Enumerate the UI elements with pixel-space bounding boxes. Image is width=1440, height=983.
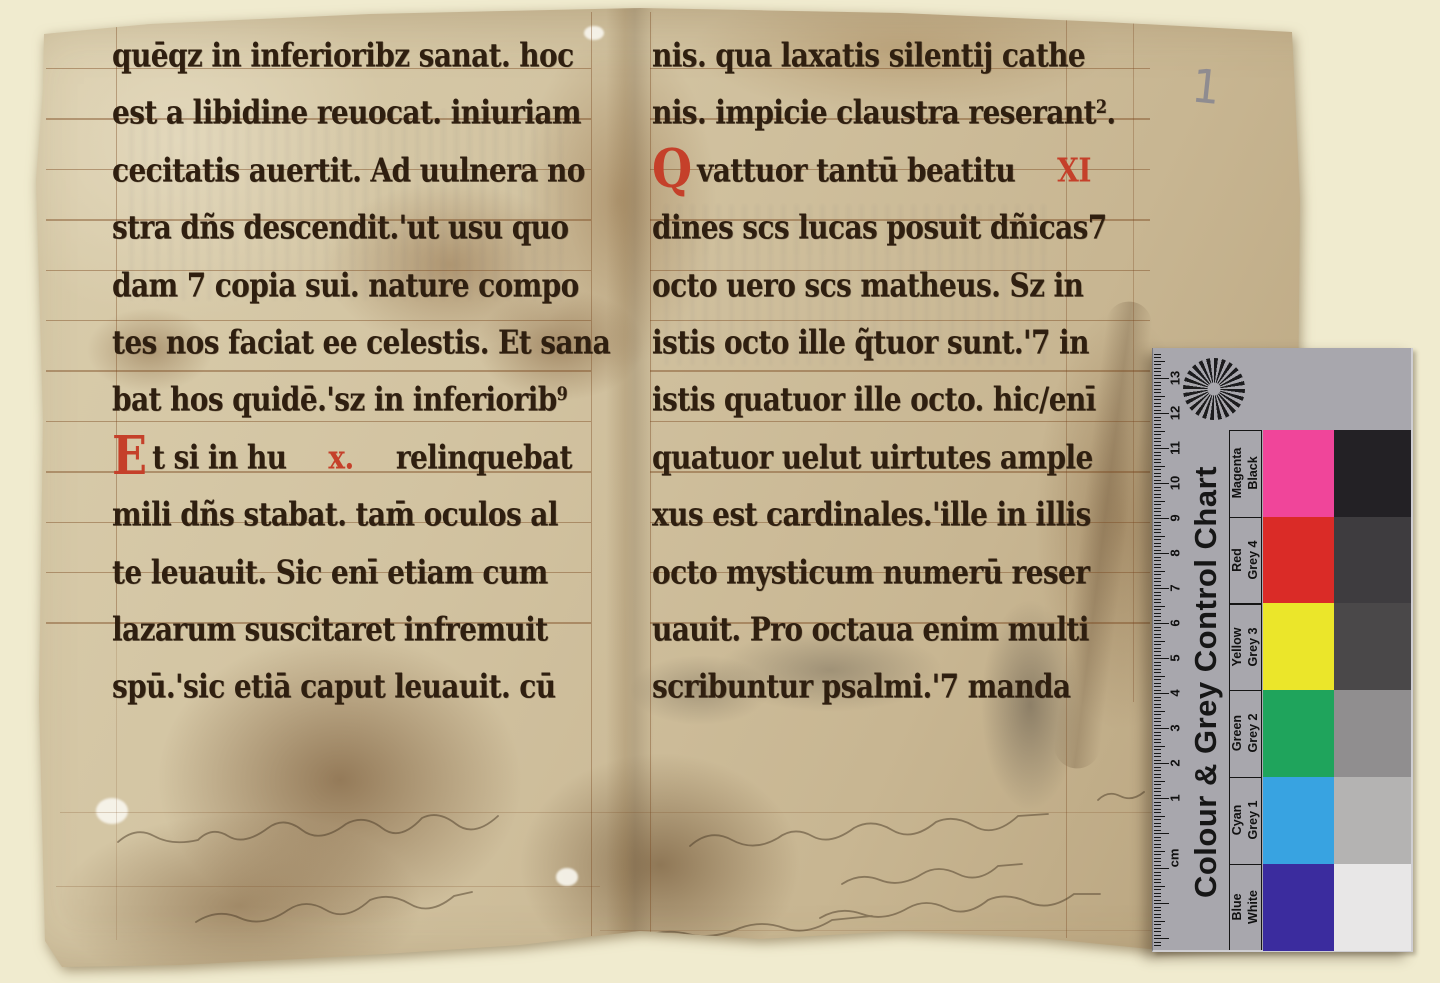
ruler-tick xyxy=(1154,434,1161,435)
ruler-tick xyxy=(1154,609,1161,610)
chart-rule xyxy=(1229,603,1261,604)
ruler-number: 8 xyxy=(1168,549,1183,556)
rubric-initial: E xyxy=(112,434,147,477)
patch-magenta xyxy=(1263,430,1334,517)
text-segment: spū.'sic etiā caput leuauit. cū xyxy=(112,668,555,706)
ruler-tick xyxy=(1154,592,1161,593)
ruler-tick xyxy=(1154,357,1161,358)
illegible-inscription xyxy=(820,894,1100,918)
ruler-tick xyxy=(1154,669,1161,670)
ruler-tick xyxy=(1154,508,1161,509)
ruler-tick xyxy=(1154,679,1161,680)
text-segment: relinquebat xyxy=(396,438,572,476)
grey-label: Grey 2 xyxy=(1246,714,1260,753)
text-segment: stra dñs descendit.'ut usu quo xyxy=(112,209,569,247)
ruler-tick xyxy=(1154,466,1165,467)
text-segment: 2 xyxy=(1096,96,1107,118)
grey-label: Black xyxy=(1246,457,1260,490)
ruler-tick xyxy=(1154,854,1161,855)
ruler-number: 6 xyxy=(1168,619,1183,626)
ruler-tick xyxy=(1154,942,1161,943)
ruler-tick xyxy=(1154,718,1161,719)
chart-rule xyxy=(1229,864,1261,865)
ruler-tick xyxy=(1154,928,1161,929)
ruler-tick xyxy=(1154,637,1161,638)
ruler-tick xyxy=(1154,896,1161,897)
ruler-tick xyxy=(1154,893,1161,894)
patch-grey-4 xyxy=(1334,517,1411,604)
ruler-tick xyxy=(1154,865,1161,866)
text-segment: uauit. Pro octaua enim multi xyxy=(652,611,1089,649)
ruler-tick xyxy=(1154,480,1161,481)
ruler-tick xyxy=(1154,777,1161,778)
ruler-number: 5 xyxy=(1168,654,1183,661)
patch-blue xyxy=(1263,864,1334,951)
ruler-tick xyxy=(1154,921,1165,922)
text-segment: dam 7 copia sui. nature compo xyxy=(112,266,579,304)
ruler-tick xyxy=(1154,875,1161,876)
text-segment: bat hos quidē.'sz in inferiorib xyxy=(112,381,557,419)
ruler-number: 9 xyxy=(1168,514,1183,521)
folio-number-pencil: 1 xyxy=(1189,59,1222,115)
ruler-tick xyxy=(1154,644,1161,645)
ruler-tick xyxy=(1154,599,1161,600)
chart-title: Colour & Grey Control Chart xyxy=(1188,402,1224,962)
ruler-tick xyxy=(1154,882,1161,883)
ruler-tick xyxy=(1154,889,1161,890)
ruler-tick xyxy=(1154,795,1161,796)
cm-unit-label: cm xyxy=(1167,849,1182,868)
ruler-tick xyxy=(1154,931,1161,932)
ruler-tick xyxy=(1154,459,1161,460)
ruler-tick xyxy=(1154,410,1161,411)
chart-rule xyxy=(1229,517,1261,518)
ruler-tick xyxy=(1154,431,1165,432)
text-segment: tes nos faciat ee celestis. Et sana xyxy=(112,324,610,362)
text-segment: est a libidine reuocat. iniuriam xyxy=(112,94,581,132)
ruler-tick xyxy=(1154,490,1161,491)
ruler-tick xyxy=(1154,532,1161,533)
text-segment: octo mysticum numerū reser xyxy=(652,553,1089,591)
right-text-column: nis. qua laxatis silentij cathenis. impi… xyxy=(652,24,1116,713)
damage-spot xyxy=(556,868,578,886)
ruler-tick xyxy=(1154,602,1161,603)
ruler-tick xyxy=(1154,375,1161,376)
ruler-tick xyxy=(1154,371,1161,372)
ruler-tick xyxy=(1154,403,1161,404)
ruler-tick xyxy=(1154,399,1161,400)
ruler-tick xyxy=(1154,455,1161,456)
ruler-tick xyxy=(1154,732,1161,733)
ruler-number: 11 xyxy=(1168,441,1183,455)
ruler-tick xyxy=(1154,427,1161,428)
illegible-inscription xyxy=(690,814,1048,846)
ruler-tick xyxy=(1154,641,1165,642)
color-label: Red xyxy=(1230,548,1244,572)
ruler-tick xyxy=(1154,368,1161,369)
ruler-tick xyxy=(1154,424,1161,425)
ruler-tick xyxy=(1154,704,1161,705)
grey-label: Grey 1 xyxy=(1246,801,1260,840)
ruler-tick xyxy=(1154,529,1161,530)
text-segment: vattuor tantū beatitu xyxy=(697,151,1015,189)
grey-label: White xyxy=(1246,890,1260,924)
ruler-tick xyxy=(1154,417,1161,418)
ruler-tick xyxy=(1154,910,1161,911)
text-segment: istis quatuor ille octo. hic/enī xyxy=(652,381,1096,419)
text-segment: nis. qua laxatis silentij cathe xyxy=(652,37,1085,75)
text-segment: . xyxy=(1106,94,1115,132)
text-line: stra dñs descendit.'ut usu quo xyxy=(112,189,610,256)
ruler-tick xyxy=(1154,746,1165,747)
ruler-tick xyxy=(1154,406,1161,407)
ruler-tick xyxy=(1154,749,1161,750)
ruler-tick xyxy=(1154,581,1161,582)
ruler-tick xyxy=(1154,833,1169,834)
ruler-tick xyxy=(1154,830,1161,831)
color-label: Magenta xyxy=(1230,448,1244,499)
ruler-tick xyxy=(1154,809,1161,810)
text-line: dines scs lucas posuit dñicas7 xyxy=(652,189,1116,256)
ruler-tick xyxy=(1154,735,1161,736)
illegible-inscription xyxy=(842,864,1022,884)
ruler-tick xyxy=(1154,816,1165,817)
ruler-tick xyxy=(1154,392,1161,393)
patch-black xyxy=(1334,430,1411,517)
ruler-tick xyxy=(1154,756,1161,757)
ruler-tick xyxy=(1154,840,1161,841)
ruler-number: 7 xyxy=(1168,584,1183,591)
ruler-tick xyxy=(1154,487,1161,488)
ruler-tick xyxy=(1154,501,1165,502)
ruler-tick xyxy=(1154,844,1161,845)
ruled-line xyxy=(60,812,1290,813)
ruler-tick xyxy=(1154,511,1161,512)
rubric-text: XI xyxy=(1057,151,1091,189)
ruler-tick xyxy=(1154,550,1161,551)
text-line: istis quatuor ille octo. hic/enī xyxy=(652,361,1116,428)
ruler-tick xyxy=(1154,886,1165,887)
ruler-tick xyxy=(1154,494,1161,495)
text-line: mili dñs stabat. tam̄ oculos al xyxy=(112,476,610,543)
ruler-tick xyxy=(1154,662,1161,663)
ruler-number: 13 xyxy=(1168,371,1183,385)
ruler-tick xyxy=(1154,546,1161,547)
text-line: scribuntur psalmi.'7 manda xyxy=(652,648,1116,715)
chart-rule xyxy=(1229,430,1261,431)
ruler-tick xyxy=(1154,574,1161,575)
ruler-tick xyxy=(1154,606,1165,607)
ruler-number: 12 xyxy=(1168,406,1183,420)
ruler-tick xyxy=(1154,879,1161,880)
illegible-inscription xyxy=(640,916,872,938)
damage-spot xyxy=(96,798,128,824)
ruled-line xyxy=(1133,22,1134,702)
center-fold xyxy=(606,0,654,983)
ruler-tick xyxy=(1154,438,1161,439)
ruler-tick xyxy=(1154,536,1165,537)
text-segment: cecitatis auertit. Ad uulnera no xyxy=(112,151,585,189)
ruler-tick xyxy=(1154,672,1161,673)
ruler-number: 4 xyxy=(1168,689,1183,696)
text-segment: quatuor uelut uirtutes ample xyxy=(652,438,1093,476)
ruler-tick xyxy=(1154,872,1161,873)
ruler-tick xyxy=(1154,389,1161,390)
color-label: Green xyxy=(1230,715,1244,751)
rubric-initial: Q xyxy=(652,147,692,190)
ruler-tick xyxy=(1154,497,1161,498)
ruler-tick xyxy=(1154,826,1161,827)
ruler-number: 10 xyxy=(1168,476,1183,490)
ruler-tick xyxy=(1154,469,1161,470)
ruler-tick xyxy=(1154,781,1165,782)
patch-grey-2 xyxy=(1334,690,1411,777)
color-label: Blue xyxy=(1230,893,1244,920)
ruler-tick xyxy=(1154,476,1161,477)
ruler-tick xyxy=(1154,739,1161,740)
ruler-tick xyxy=(1154,784,1161,785)
ruler-tick xyxy=(1154,567,1161,568)
ruler-tick xyxy=(1154,861,1161,862)
ruler-tick xyxy=(1154,382,1161,383)
ruled-line xyxy=(56,886,600,887)
ruler-tick xyxy=(1154,557,1161,558)
ruler-tick xyxy=(1154,788,1161,789)
text-segment: octo uero scs matheus. Sz in xyxy=(652,266,1083,304)
ruler-tick xyxy=(1154,620,1161,621)
ruler-tick xyxy=(1154,847,1161,848)
ruler-tick xyxy=(1154,361,1165,362)
color-control-chart: Colour & Grey Control Chart 123456789101… xyxy=(1152,348,1413,952)
rubric-text: x. xyxy=(328,438,353,476)
ruler-tick xyxy=(1154,774,1161,775)
ruler-number: 2 xyxy=(1168,759,1183,766)
ruler-tick xyxy=(1154,858,1161,859)
ruler-tick xyxy=(1154,420,1161,421)
patch-yellow xyxy=(1263,603,1334,690)
ruler-tick xyxy=(1154,711,1165,712)
ruler-tick xyxy=(1154,364,1161,365)
ruler-tick xyxy=(1154,725,1161,726)
ruler-tick xyxy=(1154,396,1165,397)
color-label: Yellow xyxy=(1230,627,1244,666)
ruler-tick xyxy=(1154,473,1161,474)
text-segment: scribuntur psalmi.'7 manda xyxy=(652,668,1070,706)
ruler-tick xyxy=(1154,676,1165,677)
ruler-tick xyxy=(1154,924,1161,925)
ruler-tick xyxy=(1154,452,1161,453)
patch-grey-3 xyxy=(1334,603,1411,690)
ruler-tick xyxy=(1154,665,1161,666)
ruler-tick xyxy=(1154,445,1161,446)
text-segment: nis. impicie claustra reserant xyxy=(652,94,1096,132)
text-segment: 9 xyxy=(557,383,568,405)
ruler-tick xyxy=(1154,903,1169,904)
left-text-column: quēqz in inferioribz sanat. hocest a lib… xyxy=(112,24,610,713)
text-segment: istis octo ille q̃tuor sunt.'7 in xyxy=(652,324,1089,362)
text-segment: dines scs lucas posuit dñicas7 xyxy=(652,209,1107,247)
patch-red xyxy=(1263,517,1334,604)
chart-rule xyxy=(1261,430,1262,950)
ruler-tick xyxy=(1154,802,1161,803)
chart-rule xyxy=(1229,430,1230,950)
ruler-tick xyxy=(1154,655,1161,656)
ruler-tick xyxy=(1154,385,1161,386)
ruler-tick xyxy=(1154,917,1161,918)
ruler-tick xyxy=(1154,700,1161,701)
ruler-tick xyxy=(1154,714,1161,715)
ruler-tick xyxy=(1154,907,1161,908)
chart-rule xyxy=(1229,777,1261,778)
ruler-tick xyxy=(1154,945,1161,946)
ruler-tick xyxy=(1154,564,1161,565)
illegible-inscription xyxy=(1098,792,1144,800)
grey-label: Grey 4 xyxy=(1246,541,1260,580)
ruler-tick xyxy=(1154,851,1165,852)
ruler-tick xyxy=(1154,690,1161,691)
manuscript-photograph: quēqz in inferioribz sanat. hocest a lib… xyxy=(0,0,1440,983)
text-segment: mili dñs stabat. tam̄ oculos al xyxy=(112,496,558,534)
ruler-tick xyxy=(1154,634,1161,635)
text-line: nis. impicie claustra reserant2. xyxy=(652,74,1116,141)
ruler-tick xyxy=(1154,791,1161,792)
ruler-tick xyxy=(1154,819,1161,820)
text-line: spū.'sic etiā caput leuauit. cū xyxy=(112,648,610,715)
ruler-tick xyxy=(1154,354,1161,355)
patch-cyan xyxy=(1263,777,1334,864)
ruler-tick xyxy=(1154,525,1161,526)
ruler-tick xyxy=(1154,616,1161,617)
ruler-tick xyxy=(1154,935,1161,936)
ruler-tick xyxy=(1154,651,1161,652)
ruler-tick xyxy=(1154,697,1161,698)
ruler-tick xyxy=(1154,767,1161,768)
ruler-tick xyxy=(1154,823,1161,824)
ruler-tick xyxy=(1154,515,1161,516)
ruler-number: 3 xyxy=(1168,724,1183,731)
illegible-inscription xyxy=(118,815,498,842)
ruler-tick xyxy=(1154,613,1161,614)
ruler-tick xyxy=(1154,595,1161,596)
ruler-tick xyxy=(1154,543,1161,544)
grey-label: Grey 3 xyxy=(1246,627,1260,666)
chart-rule xyxy=(1229,690,1261,691)
ruler-tick xyxy=(1154,914,1161,915)
ruler-tick xyxy=(1154,805,1161,806)
text-segment: xus est cardinales.'ille in illis xyxy=(652,496,1091,534)
ruler-tick xyxy=(1154,868,1169,869)
illegible-inscription xyxy=(196,892,472,922)
ruler-tick xyxy=(1154,504,1161,505)
ruler-tick xyxy=(1154,630,1161,631)
ruler-tick xyxy=(1154,721,1161,722)
ruler-tick xyxy=(1154,770,1161,771)
text-segment: quēqz in inferioribz sanat. hoc xyxy=(112,37,574,75)
ruler-tick xyxy=(1154,462,1161,463)
ruler-tick xyxy=(1154,539,1161,540)
text-line: xus est cardinales.'ille in illis xyxy=(652,476,1116,543)
ruler-tick xyxy=(1154,686,1161,687)
text-segment: t si in hu xyxy=(152,438,286,476)
ruler-tick xyxy=(1154,578,1161,579)
ruler-tick xyxy=(1154,560,1161,561)
ruler-tick xyxy=(1154,683,1161,684)
text-segment: te leuauit. Sic enī etiam cum xyxy=(112,553,548,591)
ruler-tick xyxy=(1154,707,1161,708)
ruler-tick xyxy=(1154,648,1161,649)
ruler-tick xyxy=(1154,441,1161,442)
text-line: est a libidine reuocat. iniuriam xyxy=(112,74,610,141)
color-label: Cyan xyxy=(1230,805,1244,836)
ruler-tick xyxy=(1154,837,1161,838)
patch-grey-1 xyxy=(1334,777,1411,864)
text-line: bat hos quidē.'sz in inferiorib9 xyxy=(112,361,610,428)
ruler-tick xyxy=(1154,760,1161,761)
text-segment: lazarum suscitaret infremuit xyxy=(112,611,548,649)
ruler-tick xyxy=(1154,900,1161,901)
ruler-tick xyxy=(1154,585,1161,586)
ruler-tick xyxy=(1154,742,1161,743)
patch-green xyxy=(1263,690,1334,777)
ruler-tick xyxy=(1154,812,1161,813)
ruler-tick xyxy=(1154,753,1161,754)
patch-white xyxy=(1334,864,1411,951)
ruler-tick xyxy=(1154,938,1169,939)
ruler-number: 1 xyxy=(1168,794,1183,801)
ruler-tick xyxy=(1154,627,1161,628)
ruler-tick xyxy=(1154,522,1161,523)
ruler-tick xyxy=(1154,571,1165,572)
